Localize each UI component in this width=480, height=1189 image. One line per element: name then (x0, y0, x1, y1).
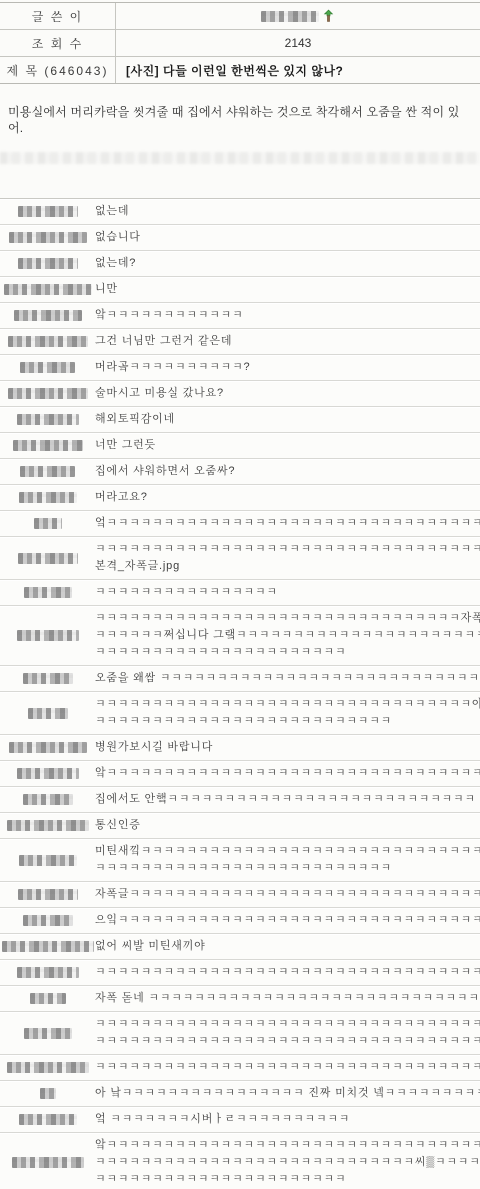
commenter-name-blurred (20, 466, 75, 477)
commenter-name-blurred (28, 708, 68, 719)
green-sprout-icon (322, 9, 335, 23)
commenter-name[interactable] (0, 258, 95, 269)
comment-text: 앜ㅋㅋㅋㅋㅋㅋㅋㅋㅋㅋㅋㅋㅋㅋㅋㅋㅋㅋㅋㅋㅋㅋㅋㅋㅋㅋㅋㅋㅋㅋㅋㅋㅋㅋㅋㅋㅋㅋ (95, 765, 480, 782)
comment-row: 자폭글ㅋㅋㅋㅋㅋㅋㅋㅋㅋㅋㅋㅋㅋㅋㅋㅋㅋㅋㅋㅋㅋㅋㅋㅋㅋㅋㅋㅋㅋㅋㅋㅋㅋ (0, 882, 480, 908)
post-body-text: 미용실에서 머리카락을 씻겨줄 때 집에서 샤워하는 것으로 착각해서 오줌을 … (0, 84, 480, 136)
commenter-name-blurred (23, 794, 73, 805)
commenter-name-blurred (18, 889, 78, 900)
commenter-name[interactable] (0, 742, 95, 753)
comment-row: 너만 그런듯 (0, 433, 480, 459)
comment-row: 앜ㅋㅋㅋㅋㅋㅋㅋㅋㅋㅋㅋㅋㅋㅋㅋㅋㅋㅋㅋㅋㅋㅋㅋㅋㅋㅋㅋㅋㅋㅋㅋㅋㅋㅋㅋㅋㅋㅋ (0, 761, 480, 787)
views-label: 조 회 수 (0, 30, 116, 56)
comment-text: 엌ㅋㅋㅋㅋㅋㅋㅋㅋㅋㅋㅋㅋㅋㅋㅋㅋㅋㅋㅋㅋㅋㅋㅋㅋㅋㅋㅋㅋㅋㅋㅋㅋㅋㅋㅋㅋㅋㅋ (95, 515, 480, 532)
comment-row: 없는데 (0, 199, 480, 225)
commenter-name[interactable] (0, 915, 95, 926)
comment-row: ㅋㅋㅋㅋㅋㅋㅋㅋㅋㅋㅋㅋㅋㅋㅋㅋㅋㅋㅋㅋㅋㅋㅋㅋㅋㅋㅋㅋㅋㅋㅋㅋㅋㅋㅋㅋㅋㅋㅋㅋ… (0, 537, 480, 580)
comment-row: 엌 ㅋㅋㅋㅋㅋㅋㅋ시버ㅏㄹㅋㅋㅋㅋㅋㅋㅋㅋㅋㅋ (0, 1107, 480, 1133)
commenter-name[interactable] (0, 310, 95, 321)
comment-row: 통신인증 (0, 813, 480, 839)
comment-row: 머라곸ㅋㅋㅋㅋㅋㅋㅋㅋㅋㅋ? (0, 355, 480, 381)
comment-row: 오줌을 왜쌈 ㅋㅋㅋㅋㅋㅋㅋㅋㅋㅋㅋㅋㅋㅋㅋㅋㅋㅋㅋㅋㅋㅋㅋㅋㅋㅋㅋㅋㅋㅋㅋㅋㅋ… (0, 666, 480, 692)
comment-row: 으잌ㅋㅋㅋㅋㅋㅋㅋㅋㅋㅋㅋㅋㅋㅋㅋㅋㅋㅋㅋㅋㅋㅋㅋㅋㅋㅋㅋㅋㅋㅋㅋㅋ (0, 908, 480, 934)
comment-text: ㅋㅋㅋㅋㅋㅋㅋㅋㅋㅋㅋㅋㅋㅋㅋㅋㅋㅋㅋㅋㅋㅋㅋㅋㅋㅋㅋㅋㅋㅋㅋㅋㅋㅋㅋㅋㅋㅋㅋㅋ… (95, 1016, 480, 1050)
commenter-name-blurred (8, 336, 88, 347)
comment-text: 앜ㅋㅋㅋㅋㅋㅋㅋㅋㅋㅋㅋㅋㅋㅋㅋㅋㅋㅋㅋㅋㅋㅋㅋㅋㅋㅋㅋㅋㅋㅋㅋㅋㅋㅋㅋㅋㅋㅋ … (95, 1137, 480, 1188)
comment-row: 엌ㅋㅋㅋㅋㅋㅋㅋㅋㅋㅋㅋㅋㅋㅋㅋㅋㅋㅋㅋㅋㅋㅋㅋㅋㅋㅋㅋㅋㅋㅋㅋㅋㅋㅋㅋㅋㅋㅋ (0, 511, 480, 537)
commenter-name-blurred (14, 310, 82, 321)
comment-text: 없는데? (95, 255, 480, 272)
author-row: 글 쓴 이 (0, 3, 480, 30)
commenter-name[interactable] (0, 820, 95, 831)
commenter-name-blurred (13, 440, 83, 451)
comment-text: 미틴새낔ㅋㅋㅋㅋㅋㅋㅋㅋㅋㅋㅋㅋㅋㅋㅋㅋㅋㅋㅋㅋㅋㅋㅋㅋㅋㅋㅋㅋㅋㅋㅋㅋㅋㅋㅋㅋ… (95, 843, 480, 877)
comment-text: 앜ㅋㅋㅋㅋㅋㅋㅋㅋㅋㅋㅋㅋ (95, 307, 480, 324)
views-value: 2143 (116, 36, 480, 50)
comment-row: 없습니다 (0, 225, 480, 251)
comment-text: 집에서 샤워하면서 오줌싸? (95, 463, 480, 480)
commenter-name-blurred (17, 967, 79, 978)
commenter-name[interactable] (0, 794, 95, 805)
commenter-name[interactable] (0, 440, 95, 451)
commenter-name-blurred (18, 258, 78, 269)
commenter-name[interactable] (0, 941, 95, 952)
commenter-name-blurred (12, 1157, 84, 1168)
comment-row: 니만 (0, 277, 480, 303)
comment-text: ㅋㅋㅋㅋㅋㅋㅋㅋㅋㅋㅋㅋㅋㅋㅋㅋㅋㅋㅋㅋㅋㅋㅋㅋㅋㅋㅋㅋㅋㅋㅋㅋㅋㅋㅋㅋㅋㅋㅋㅋ… (95, 541, 480, 575)
commenter-name[interactable] (0, 284, 95, 295)
comment-text: 없어 씨발 미틴새끼야 (95, 938, 480, 955)
commenter-name-blurred (4, 284, 92, 295)
comment-text: 집에서도 안햌ㅋㅋㅋㅋㅋㅋㅋㅋㅋㅋㅋㅋㅋㅋㅋㅋㅋㅋㅋㅋㅋㅋㅋㅋㅋㅋㅋ (95, 791, 480, 808)
title-row: 제 목 (646043) [사진] 다들 이런일 한번씩은 있지 않나? (0, 57, 480, 83)
comment-row: ㅋㅋㅋㅋㅋㅋㅋㅋㅋㅋㅋㅋㅋㅋㅋㅋ (0, 580, 480, 606)
commenter-name[interactable] (0, 1062, 95, 1073)
commenter-name-blurred (17, 630, 79, 641)
commenter-name-blurred (34, 518, 62, 529)
comment-text: 없습니다 (95, 229, 480, 246)
commenter-name[interactable] (0, 466, 95, 477)
commenter-name[interactable] (0, 768, 95, 779)
commenter-name[interactable] (0, 708, 95, 719)
commenter-name-blurred (24, 1028, 72, 1039)
comment-row: 앜ㅋㅋㅋㅋㅋㅋㅋㅋㅋㅋㅋㅋ (0, 303, 480, 329)
comment-text: 자폭글ㅋㅋㅋㅋㅋㅋㅋㅋㅋㅋㅋㅋㅋㅋㅋㅋㅋㅋㅋㅋㅋㅋㅋㅋㅋㅋㅋㅋㅋㅋㅋㅋㅋ (95, 886, 480, 903)
commenter-name-blurred (23, 673, 73, 684)
commenter-name[interactable] (0, 518, 95, 529)
commenter-name-blurred (9, 232, 87, 243)
comment-row: 그건 너님만 그런거 같은데 (0, 329, 480, 355)
commenter-name-blurred (7, 820, 89, 831)
commenter-name[interactable] (0, 855, 95, 866)
commenter-name[interactable] (0, 388, 95, 399)
comment-row: 집에서 샤워하면서 오줌싸? (0, 459, 480, 485)
comment-row: 집에서도 안햌ㅋㅋㅋㅋㅋㅋㅋㅋㅋㅋㅋㅋㅋㅋㅋㅋㅋㅋㅋㅋㅋㅋㅋㅋㅋㅋㅋ (0, 787, 480, 813)
commenter-name-blurred (18, 553, 78, 564)
comment-text: ㅋㅋㅋㅋㅋㅋㅋㅋㅋㅋㅋㅋㅋㅋㅋㅋㅋㅋㅋㅋㅋㅋㅋㅋㅋㅋㅋㅋㅋㅋㅋㅋㅋㅋㅋㅋㅋㅋㅋㅋ (95, 964, 480, 981)
comment-row: ㅋㅋㅋㅋㅋㅋㅋㅋㅋㅋㅋㅋㅋㅋㅋㅋㅋㅋㅋㅋㅋㅋㅋㅋㅋㅋㅋㅋㅋㅋㅋㅋㅋㅋㅋㅋㅋㅋㅋㅋ… (0, 1012, 480, 1055)
commenter-name[interactable] (0, 1028, 95, 1039)
commenter-name-blurred (19, 1114, 77, 1125)
commenter-name-blurred (19, 492, 77, 503)
comment-text: 으잌ㅋㅋㅋㅋㅋㅋㅋㅋㅋㅋㅋㅋㅋㅋㅋㅋㅋㅋㅋㅋㅋㅋㅋㅋㅋㅋㅋㅋㅋㅋㅋㅋ (95, 912, 480, 929)
comment-text: ㅋㅋㅋㅋㅋㅋㅋㅋㅋㅋㅋㅋㅋㅋㅋㅋㅋㅋㅋㅋㅋㅋㅋㅋㅋㅋㅋㅋㅋㅋㅋㅋㅋ아웃겨 ㅋㅋ … (95, 696, 480, 730)
comment-text: 엌 ㅋㅋㅋㅋㅋㅋㅋ시버ㅏㄹㅋㅋㅋㅋㅋㅋㅋㅋㅋㅋ (95, 1111, 480, 1128)
comment-text: 병원가보시길 바랍니다 (95, 739, 480, 756)
commenter-name-blurred (24, 587, 72, 598)
commenter-name-blurred (8, 388, 88, 399)
commenter-name[interactable] (0, 362, 95, 373)
commenter-name[interactable] (0, 889, 95, 900)
comment-row: 미틴새낔ㅋㅋㅋㅋㅋㅋㅋㅋㅋㅋㅋㅋㅋㅋㅋㅋㅋㅋㅋㅋㅋㅋㅋㅋㅋㅋㅋㅋㅋㅋㅋㅋㅋㅋㅋㅋ… (0, 839, 480, 882)
commenter-name[interactable] (0, 630, 95, 641)
post-info-table: 글 쓴 이 조 회 수 2143 제 목 (646043) [사진] 다들 이런… (0, 2, 480, 84)
comment-row: 병원가보시길 바랍니다 (0, 735, 480, 761)
comment-row: 아 낰ㅋㅋㅋㅋㅋㅋㅋㅋㅋㅋㅋㅋㅋㅋㅋㅋ 진짜 미치것 넼ㅋㅋㅋㅋㅋㅋㅋㅋㅋ (0, 1081, 480, 1107)
comment-row: ㅋㅋㅋㅋㅋㅋㅋㅋㅋㅋㅋㅋㅋㅋㅋㅋㅋㅋㅋㅋㅋㅋㅋㅋㅋㅋㅋㅋㅋㅋㅋㅋㅋ아웃겨 ㅋㅋ … (0, 692, 480, 735)
comment-row: 해외토픽감이네 (0, 407, 480, 433)
commenter-name[interactable] (0, 967, 95, 978)
commenter-name[interactable] (0, 553, 95, 564)
comment-row: ㅋㅋㅋㅋㅋㅋㅋㅋㅋㅋㅋㅋㅋㅋㅋㅋㅋㅋㅋㅋㅋㅋㅋㅋㅋㅋㅋㅋㅋㅋㅋㅋㅋㅋㅋㅋㅋㅋ (0, 1055, 480, 1081)
title-label: 제 목 (646043) (0, 57, 116, 83)
commenter-name[interactable] (0, 1157, 95, 1168)
signature-blurred-strip (0, 152, 480, 164)
commenter-name[interactable] (0, 206, 95, 217)
comment-text: ㅋㅋㅋㅋㅋㅋㅋㅋㅋㅋㅋㅋㅋㅋㅋㅋ (95, 584, 480, 601)
commenter-name-blurred (20, 362, 75, 373)
comment-text: ㅋㅋㅋㅋㅋㅋㅋㅋㅋㅋㅋㅋㅋㅋㅋㅋㅋㅋㅋㅋㅋㅋㅋㅋㅋㅋㅋㅋㅋㅋㅋㅋ자폭ㅋㅋㅋㅋ ㅋ… (95, 610, 480, 661)
commenter-name[interactable] (0, 232, 95, 243)
author-label: 글 쓴 이 (0, 3, 116, 29)
comment-row: 없는데? (0, 251, 480, 277)
comment-row: 앜ㅋㅋㅋㅋㅋㅋㅋㅋㅋㅋㅋㅋㅋㅋㅋㅋㅋㅋㅋㅋㅋㅋㅋㅋㅋㅋㅋㅋㅋㅋㅋㅋㅋㅋㅋㅋㅋㅋ … (0, 1133, 480, 1189)
comment-text: 오줌을 왜쌈 ㅋㅋㅋㅋㅋㅋㅋㅋㅋㅋㅋㅋㅋㅋㅋㅋㅋㅋㅋㅋㅋㅋㅋㅋㅋㅋㅋㅋㅋㅋㅋㅋㅋ… (95, 670, 480, 687)
comment-row: 없어 씨발 미틴새끼야 (0, 934, 480, 960)
comment-row: 자폭 돋네 ㅋㅋㅋㅋㅋㅋㅋㅋㅋㅋㅋㅋㅋㅋㅋㅋㅋㅋㅋㅋㅋㅋㅋㅋㅋㅋㅋㅋㅋㅋㅋㅋㅋㅋ (0, 986, 480, 1012)
commenter-name[interactable] (0, 587, 95, 598)
comment-text: 니만 (95, 281, 480, 298)
commenter-name-blurred (18, 206, 78, 217)
comment-text: 아 낰ㅋㅋㅋㅋㅋㅋㅋㅋㅋㅋㅋㅋㅋㅋㅋㅋ 진짜 미치것 넼ㅋㅋㅋㅋㅋㅋㅋㅋㅋ (95, 1085, 480, 1102)
comment-text: 자폭 돋네 ㅋㅋㅋㅋㅋㅋㅋㅋㅋㅋㅋㅋㅋㅋㅋㅋㅋㅋㅋㅋㅋㅋㅋㅋㅋㅋㅋㅋㅋㅋㅋㅋㅋㅋ (95, 990, 480, 1007)
commenter-name[interactable] (0, 1114, 95, 1125)
commenter-name[interactable] (0, 492, 95, 503)
commenter-name[interactable] (0, 993, 95, 1004)
commenter-name[interactable] (0, 673, 95, 684)
comment-text: ㅋㅋㅋㅋㅋㅋㅋㅋㅋㅋㅋㅋㅋㅋㅋㅋㅋㅋㅋㅋㅋㅋㅋㅋㅋㅋㅋㅋㅋㅋㅋㅋㅋㅋㅋㅋㅋㅋ (95, 1059, 480, 1076)
commenter-name-blurred (7, 1062, 89, 1073)
author-name-blurred (261, 11, 319, 22)
comment-row: ㅋㅋㅋㅋㅋㅋㅋㅋㅋㅋㅋㅋㅋㅋㅋㅋㅋㅋㅋㅋㅋㅋㅋㅋㅋㅋㅋㅋㅋㅋㅋㅋㅋㅋㅋㅋㅋㅋㅋㅋ (0, 960, 480, 986)
commenter-name-blurred (17, 768, 79, 779)
post-title: [사진] 다들 이런일 한번씩은 있지 않나? (116, 62, 480, 79)
comment-row: 술마시고 미용실 갔나요? (0, 381, 480, 407)
comment-row: ㅋㅋㅋㅋㅋㅋㅋㅋㅋㅋㅋㅋㅋㅋㅋㅋㅋㅋㅋㅋㅋㅋㅋㅋㅋㅋㅋㅋㅋㅋㅋㅋ자폭ㅋㅋㅋㅋ ㅋ… (0, 606, 480, 666)
comment-text: 해외토픽감이네 (95, 411, 480, 428)
commenter-name[interactable] (0, 336, 95, 347)
commenter-name[interactable] (0, 414, 95, 425)
comment-text: 머라곸ㅋㅋㅋㅋㅋㅋㅋㅋㅋㅋ? (95, 359, 480, 376)
author-name[interactable] (261, 9, 335, 23)
comment-text: 너만 그런듯 (95, 437, 480, 454)
commenter-name-blurred (17, 414, 79, 425)
commenter-name-blurred (2, 941, 94, 952)
commenter-name-blurred (19, 855, 77, 866)
comment-text: 머라고요? (95, 489, 480, 506)
comment-text: 술마시고 미용실 갔나요? (95, 385, 480, 402)
commenter-name[interactable] (0, 1088, 95, 1099)
commenter-name-blurred (40, 1088, 56, 1099)
comment-text: 통신인증 (95, 817, 480, 834)
commenter-name-blurred (23, 915, 73, 926)
comment-list: 없는데 없습니다 없는데? 니만 앜ㅋㅋㅋㅋㅋㅋㅋㅋㅋㅋㅋㅋ 그건 너님만 그런… (0, 198, 480, 1189)
comment-row: 머라고요? (0, 485, 480, 511)
commenter-name-blurred (9, 742, 87, 753)
comment-text: 없는데 (95, 203, 480, 220)
views-row: 조 회 수 2143 (0, 30, 480, 57)
commenter-name-blurred (30, 993, 66, 1004)
comment-text: 그건 너님만 그런거 같은데 (95, 333, 480, 350)
